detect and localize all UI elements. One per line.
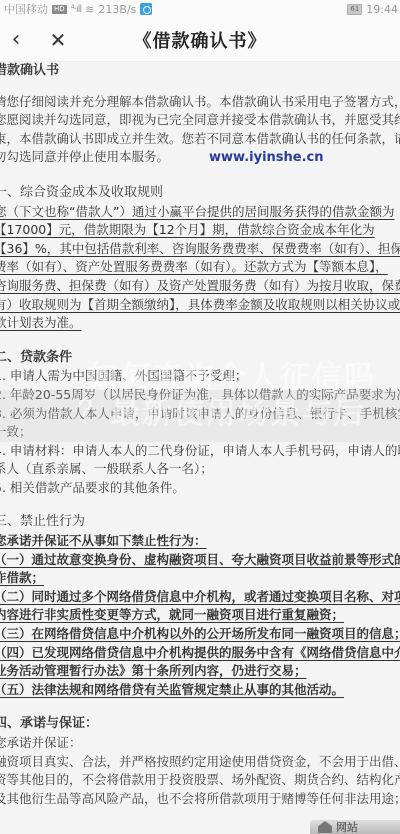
network-speed: 213B/s xyxy=(98,3,136,16)
intro-line: 请您仔细阅读并充分理解本借款确认书。本借款确认书采用电子签署方式， xyxy=(0,93,400,112)
section-line: 内容进行非实质性变更等方式，就同一融资项目进行重复融资； xyxy=(0,606,400,625)
section-line: 【17000】元，借款期限为【12个月】期，借款综合资金成本年化为 xyxy=(0,221,400,240)
section-line: 咨询服务费、担保费（如有）及资产处置服务费（如有）为按月收取，保费（如 xyxy=(0,277,400,296)
back-button[interactable]: ‹ xyxy=(0,18,36,62)
intro-paragraph: 请您仔细阅读并充分理解本借款确认书。本借款确认书采用电子签署方式， 您愿阅读并勾… xyxy=(0,93,400,168)
section-line: （一）通过故意变换身份、虚构融资项目、夸大融资项目收益前景等形式的欺 xyxy=(0,551,400,570)
nav-bar: ‹ ✕ 《借款确认书》 xyxy=(0,18,400,62)
section-body-prohibited: 您承诺并保证不从事如下禁止性行为： （一）通过故意变换身份、虚构融资项目、夸大融… xyxy=(0,532,400,699)
section-line: 您承诺并保证： xyxy=(0,734,400,753)
section-line: 融资项目真实、合法，并严格按照约定用途使用借贷资金，不会用于出借、投 xyxy=(0,753,400,772)
section-body-cost: 您（下文也称“借款人”）通过小赢平台提供的居间服务获得的借款金额为 【17000… xyxy=(0,203,400,333)
section-line: （二）同时通过多个网络借贷信息中介机构，或者通过变换项目名称、对项目 xyxy=(0,588,400,607)
hd-icon: HD xyxy=(52,5,67,14)
section-line: （四）已发现网络借贷信息中介机构提供的服务中含有《网络借贷信息中介机构 xyxy=(0,644,400,663)
section-title-cost: 一、综合资金成本及收取规则 xyxy=(0,184,400,203)
section-title-prohibited: 三、禁止性行为 xyxy=(0,513,400,532)
section-line: 4. 申请材料：申请人本人的二代身份证，申请人本人手机号码，申请人的联 xyxy=(0,442,400,461)
corner-logo-text: 网站 xyxy=(336,819,358,834)
notification-app-icon xyxy=(140,3,152,15)
section-line: 业务活动管理暂行办法》第十条所列内容，仍进行交易； xyxy=(0,662,400,681)
section-line: 系人（直系亲属、一般联系人各一名）； xyxy=(0,460,400,479)
document-heading: 借款确认书 xyxy=(0,62,400,81)
close-button[interactable]: ✕ xyxy=(38,18,78,62)
section-title-commitments: 四、承诺与保证： xyxy=(0,715,400,734)
intro-line: 您愿阅读并勾选同意，即视为已完全同意并接受本借款确认书，并愿受其约 xyxy=(0,111,400,130)
wifi-icon: ≋ xyxy=(85,3,94,16)
section-line: 您承诺并保证不从事如下禁止性行为： xyxy=(0,532,400,551)
section-line: 资等其他目的，不会将借款用于投资股票、场外配资、期货合约、结构化产品 xyxy=(0,771,400,790)
carrier-label: 中国移动 xyxy=(4,1,48,17)
section-line: 及其他衍生品等高风险产品，也不会将所借款项用于赌博等任何非法用途； xyxy=(0,790,400,809)
section-line: 款计划表为准。 xyxy=(0,314,400,333)
corner-logo: 网站 xyxy=(310,820,400,834)
clock: 19:44 xyxy=(366,3,398,16)
battery-icon: 61 xyxy=(347,4,362,15)
close-icon: ✕ xyxy=(50,28,67,52)
status-bar: 中国移动 HD ⁴·ıll ≋ 213B/s 61 19:44 xyxy=(0,0,400,18)
section-line: 您（下文也称“借款人”）通过小赢平台提供的居间服务获得的借款金额为 xyxy=(0,203,400,222)
site-watermark-link: www.iyinshe.cn xyxy=(209,150,324,165)
section-line: 有）收取规则为【首期全额缴纳】，具体费率金额及收取规则以相关协议或还 xyxy=(0,296,400,315)
chevron-left-icon: ‹ xyxy=(12,27,21,52)
section-line: （三）在网络借贷信息中介机构以外的公开场所发布同一融资项目的信息； xyxy=(0,625,400,644)
intro-line-text: 勿勾选同意并停止使用本服务。 xyxy=(0,149,169,164)
signal-icon: ⁴·ıll xyxy=(71,4,82,15)
intro-line: 勿勾选同意并停止使用本服务。 www.iyinshe.cn xyxy=(0,148,400,168)
intro-line: 束，本借款确认书即成立并生效。您若不同意本借款确认书的任何条款，请 xyxy=(0,130,400,149)
watermark-line: ？最新使用场景与后 xyxy=(78,396,376,432)
section-line: （五）法律法规和网络借贷有关监管规定禁止从事的其他活动。 xyxy=(0,681,400,700)
section-line: 5. 相关借款产品要求的其他条件。 xyxy=(0,479,400,498)
section-line: 诈借款； xyxy=(0,569,400,588)
section-body-commitments: 您承诺并保证： 融资项目真实、合法，并严格按照约定用途使用借贷资金，不会用于出借… xyxy=(0,734,400,808)
section-line: 【36】%，其中包括借款利率、咨询服务费费率、保费费率（如有）、担保费 xyxy=(0,240,400,259)
watermark-overlay: 如何查询个人征信吗 ？最新使用场景与后 xyxy=(88,360,376,432)
house-icon xyxy=(318,821,332,833)
watermark-line: 如何查询个人征信吗 xyxy=(88,360,376,395)
section-line: 费率（如有）、资产处置服务费费率（如有）。还款方式为【等额本息】， xyxy=(0,258,400,277)
